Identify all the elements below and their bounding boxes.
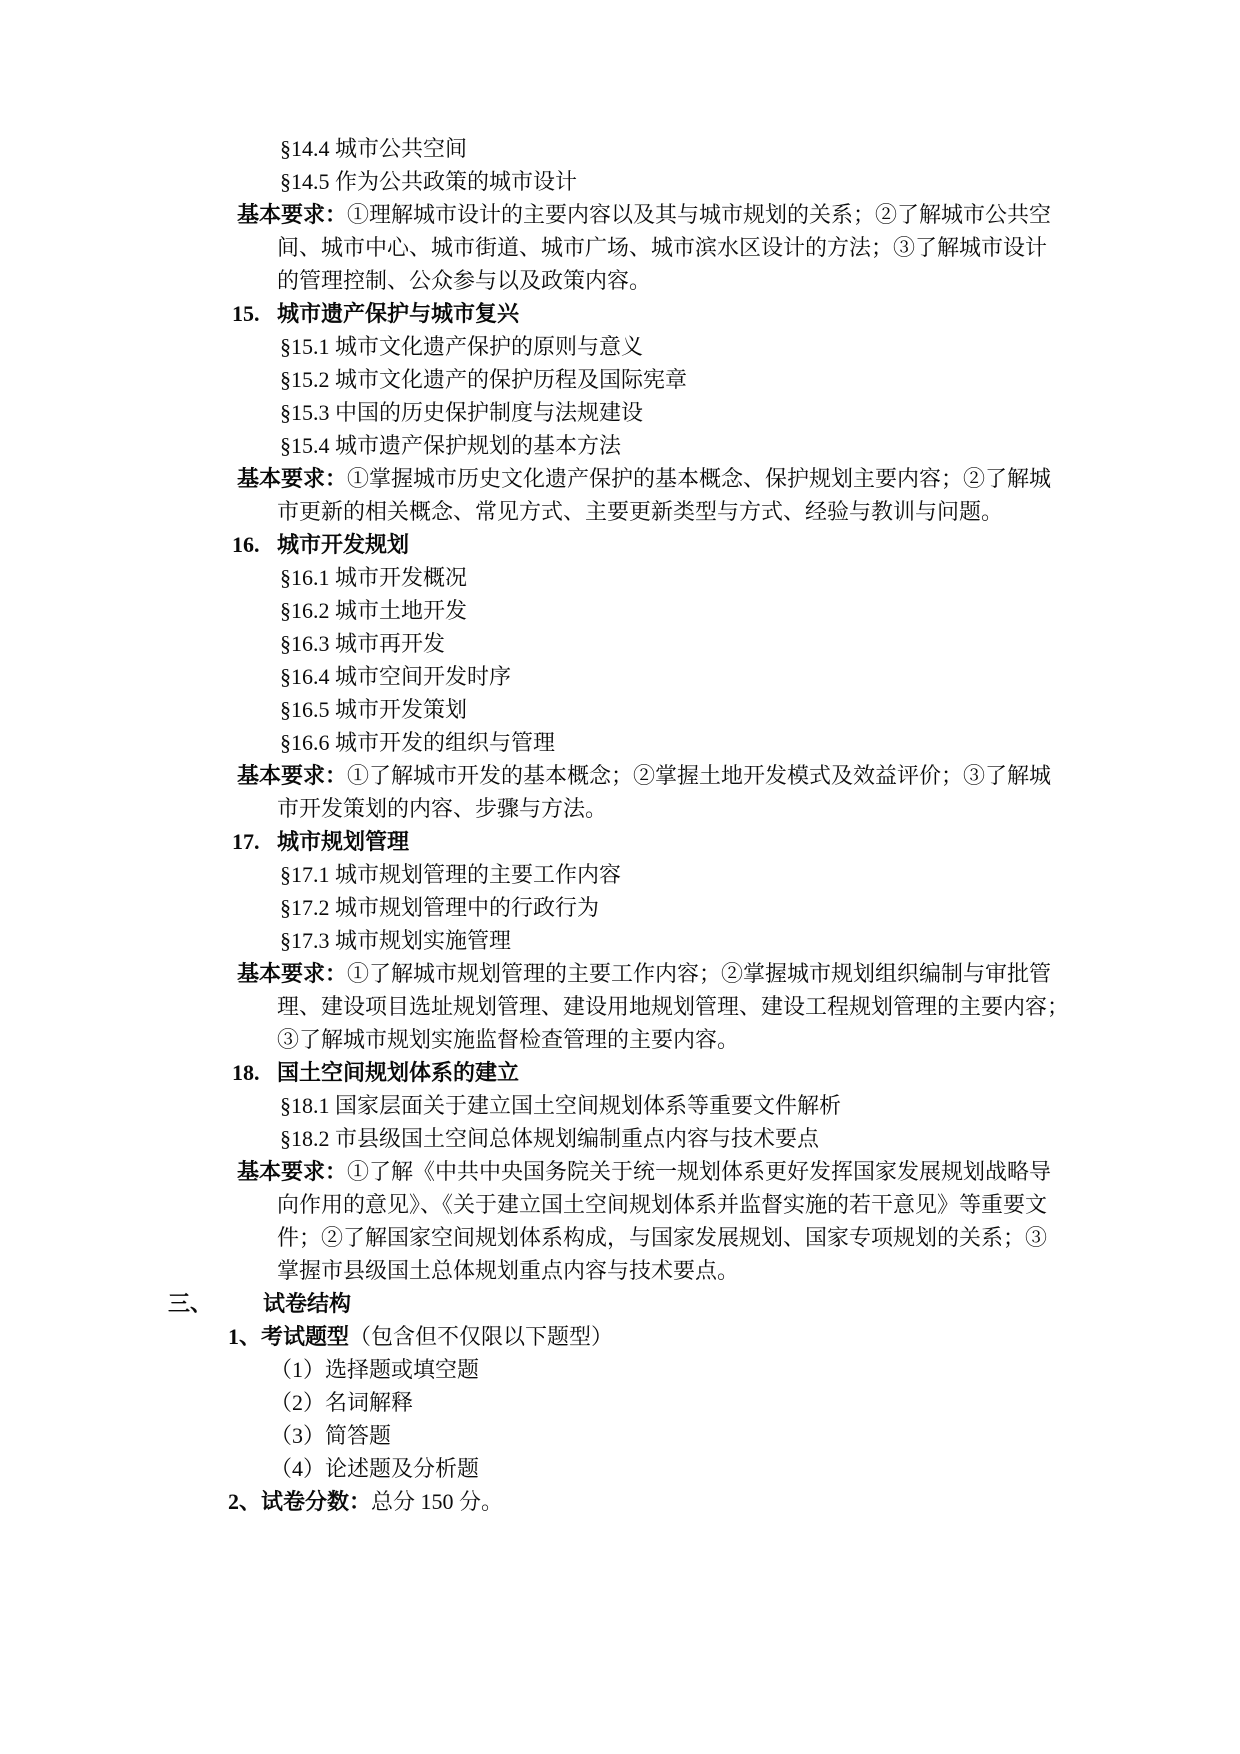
subsection-line: §17.1 城市规划管理的主要工作内容 [0, 858, 1240, 891]
chapter-heading: 15.城市遗产保护与城市复兴 [0, 297, 1240, 330]
requirement-continuation-line: 市更新的相关概念、常见方式、主要更新类型与方式、经验与教训与问题。 [0, 495, 1240, 528]
chapter-number: 17. [232, 825, 277, 858]
section-heading: 三、试卷结构 [0, 1287, 1240, 1320]
chapter-number: 15. [232, 297, 277, 330]
subsection-line: §16.1 城市开发概况 [0, 561, 1240, 594]
subsection-text: §14.4 城市公共空间 [280, 136, 467, 161]
section-title: 试卷结构 [263, 1291, 351, 1316]
requirement-label: 基本要求： [237, 763, 347, 788]
requirement-label: 基本要求： [237, 202, 347, 227]
subsection-line: §18.2 市县级国土空间总体规划编制重点内容与技术要点 [0, 1122, 1240, 1155]
item-number: 2、 [228, 1489, 261, 1514]
requirement-text: 市开发策划的内容、步骤与方法。 [277, 796, 607, 821]
subsection-text: §17.3 城市规划实施管理 [280, 928, 511, 953]
subsection-text: §16.2 城市土地开发 [280, 598, 467, 623]
requirement-continuation-line: 理、建设项目选址规划管理、建设用地规划管理、建设工程规划管理的主要内容； [0, 990, 1240, 1023]
chapter-number: 18. [232, 1056, 277, 1089]
subsection-text: §18.1 国家层面关于建立国土空间规划体系等重要文件解析 [280, 1093, 841, 1118]
requirement-continuation-line: 向作用的意见》、《关于建立国土空间规划体系并监督实施的若干意见》等重要文 [0, 1188, 1240, 1221]
chapter-number: 16. [232, 528, 277, 561]
subsection-text: §16.1 城市开发概况 [280, 565, 467, 590]
subsection-line: §17.3 城市规划实施管理 [0, 924, 1240, 957]
chapter-title: 城市遗产保护与城市复兴 [277, 301, 519, 326]
subsection-line: §15.3 中国的历史保护制度与法规建设 [0, 396, 1240, 429]
requirement-text: 间、城市中心、城市街道、城市广场、城市滨水区设计的方法；③了解城市设计 [277, 235, 1047, 260]
requirement-text: ①了解城市规划管理的主要工作内容；②掌握城市规划组织编制与审批管 [347, 961, 1051, 986]
chapter-title: 城市开发规划 [277, 532, 409, 557]
subsection-text: §15.2 城市文化遗产的保护历程及国际宪章 [280, 367, 687, 392]
subsection-line: §16.6 城市开发的组织与管理 [0, 726, 1240, 759]
requirement-continuation-line: 间、城市中心、城市街道、城市广场、城市滨水区设计的方法；③了解城市设计 [0, 231, 1240, 264]
requirement-line: 基本要求：①了解城市开发的基本概念；②掌握土地开发模式及效益评价；③了解城 [0, 759, 1240, 792]
requirement-continuation-line: 市开发策划的内容、步骤与方法。 [0, 792, 1240, 825]
option-text: （4）论述题及分析题 [270, 1456, 479, 1481]
requirement-continuation-line: 的管理控制、公众参与以及政策内容。 [0, 264, 1240, 297]
subsection-text: §15.4 城市遗产保护规划的基本方法 [280, 433, 621, 458]
subsection-text: §16.6 城市开发的组织与管理 [280, 730, 555, 755]
subsection-line: §16.2 城市土地开发 [0, 594, 1240, 627]
subsection-line: §14.5 作为公共政策的城市设计 [0, 165, 1240, 198]
subsection-text: §16.4 城市空间开发时序 [280, 664, 511, 689]
requirement-label: 基本要求： [237, 1159, 347, 1184]
subsection-line: §16.3 城市再开发 [0, 627, 1240, 660]
requirement-text: 掌握市县级国土总体规划重点内容与技术要点。 [277, 1258, 739, 1283]
requirement-text: ③了解城市规划实施监督检查管理的主要内容。 [277, 1027, 739, 1052]
requirement-text: 理、建设项目选址规划管理、建设用地规划管理、建设工程规划管理的主要内容； [277, 994, 1069, 1019]
subsection-line: §14.4 城市公共空间 [0, 132, 1240, 165]
subsection-text: §15.3 中国的历史保护制度与法规建设 [280, 400, 643, 425]
requirement-text: 向作用的意见》、《关于建立国土空间规划体系并监督实施的若干意见》等重要文 [277, 1192, 1047, 1217]
subsection-line: §17.2 城市规划管理中的行政行为 [0, 891, 1240, 924]
requirement-line: 基本要求：①掌握城市历史文化遗产保护的基本概念、保护规划主要内容；②了解城 [0, 462, 1240, 495]
option-text: （2）名词解释 [270, 1390, 413, 1415]
requirement-label: 基本要求： [237, 961, 347, 986]
subsection-line: §15.2 城市文化遗产的保护历程及国际宪章 [0, 363, 1240, 396]
item-label: 考试题型 [261, 1324, 349, 1349]
option-line: （1）选择题或填空题 [0, 1353, 1240, 1386]
option-text: （3）简答题 [270, 1423, 391, 1448]
subsection-text: §15.1 城市文化遗产保护的原则与意义 [280, 334, 643, 359]
option-text: （1）选择题或填空题 [270, 1357, 479, 1382]
chapter-heading: 18.国土空间规划体系的建立 [0, 1056, 1240, 1089]
requirement-text: ①了解城市开发的基本概念；②掌握土地开发模式及效益评价；③了解城 [347, 763, 1051, 788]
subsection-text: §16.3 城市再开发 [280, 631, 445, 656]
subsection-text: §18.2 市县级国土空间总体规划编制重点内容与技术要点 [280, 1126, 819, 1151]
subsection-line: §16.4 城市空间开发时序 [0, 660, 1240, 693]
requirement-continuation-line: 件；②了解国家空间规划体系构成，与国家发展规划、国家专项规划的关系；③ [0, 1221, 1240, 1254]
chapter-heading: 17.城市规划管理 [0, 825, 1240, 858]
requirement-continuation-line: 掌握市县级国土总体规划重点内容与技术要点。 [0, 1254, 1240, 1287]
subsection-line: §15.4 城市遗产保护规划的基本方法 [0, 429, 1240, 462]
subsection-text: §16.5 城市开发策划 [280, 697, 467, 722]
subsection-line: §16.5 城市开发策划 [0, 693, 1240, 726]
item-text: （包含但不仅限以下题型） [349, 1324, 613, 1349]
syllabus-text-block: §14.4 城市公共空间 §14.5 作为公共政策的城市设计 基本要求：①理解城… [0, 132, 1240, 1518]
numbered-item-line: 2、试卷分数：总分 150 分。 [0, 1485, 1240, 1518]
section-number: 三、 [168, 1287, 263, 1320]
subsection-text: §14.5 作为公共政策的城市设计 [280, 169, 577, 194]
requirement-line: 基本要求：①了解城市规划管理的主要工作内容；②掌握城市规划组织编制与审批管 [0, 957, 1240, 990]
chapter-heading: 16.城市开发规划 [0, 528, 1240, 561]
requirement-continuation-line: ③了解城市规划实施监督检查管理的主要内容。 [0, 1023, 1240, 1056]
document-page: §14.4 城市公共空间 §14.5 作为公共政策的城市设计 基本要求：①理解城… [0, 0, 1240, 1754]
chapter-title: 国土空间规划体系的建立 [277, 1060, 519, 1085]
requirement-text: ①了解《中共中央国务院关于统一规划体系更好发挥国家发展规划战略导 [347, 1159, 1051, 1184]
option-line: （2）名词解释 [0, 1386, 1240, 1419]
requirement-text: ①理解城市设计的主要内容以及其与城市规划的关系；②了解城市公共空 [347, 202, 1051, 227]
requirement-text: 市更新的相关概念、常见方式、主要更新类型与方式、经验与教训与问题。 [277, 499, 1003, 524]
numbered-item-line: 1、考试题型（包含但不仅限以下题型） [0, 1320, 1240, 1353]
option-line: （4）论述题及分析题 [0, 1452, 1240, 1485]
requirement-text: 件；②了解国家空间规划体系构成，与国家发展规划、国家专项规划的关系；③ [277, 1225, 1047, 1250]
requirement-label: 基本要求： [237, 466, 347, 491]
subsection-line: §18.1 国家层面关于建立国土空间规划体系等重要文件解析 [0, 1089, 1240, 1122]
requirement-text: 的管理控制、公众参与以及政策内容。 [277, 268, 651, 293]
chapter-title: 城市规划管理 [277, 829, 409, 854]
item-label: 试卷分数： [261, 1489, 371, 1514]
subsection-text: §17.2 城市规划管理中的行政行为 [280, 895, 599, 920]
item-text: 总分 150 分。 [371, 1489, 503, 1514]
subsection-line: §15.1 城市文化遗产保护的原则与意义 [0, 330, 1240, 363]
item-number: 1、 [228, 1324, 261, 1349]
requirement-text: ①掌握城市历史文化遗产保护的基本概念、保护规划主要内容；②了解城 [347, 466, 1051, 491]
subsection-text: §17.1 城市规划管理的主要工作内容 [280, 862, 621, 887]
requirement-line: 基本要求：①了解《中共中央国务院关于统一规划体系更好发挥国家发展规划战略导 [0, 1155, 1240, 1188]
option-line: （3）简答题 [0, 1419, 1240, 1452]
requirement-line: 基本要求：①理解城市设计的主要内容以及其与城市规划的关系；②了解城市公共空 [0, 198, 1240, 231]
